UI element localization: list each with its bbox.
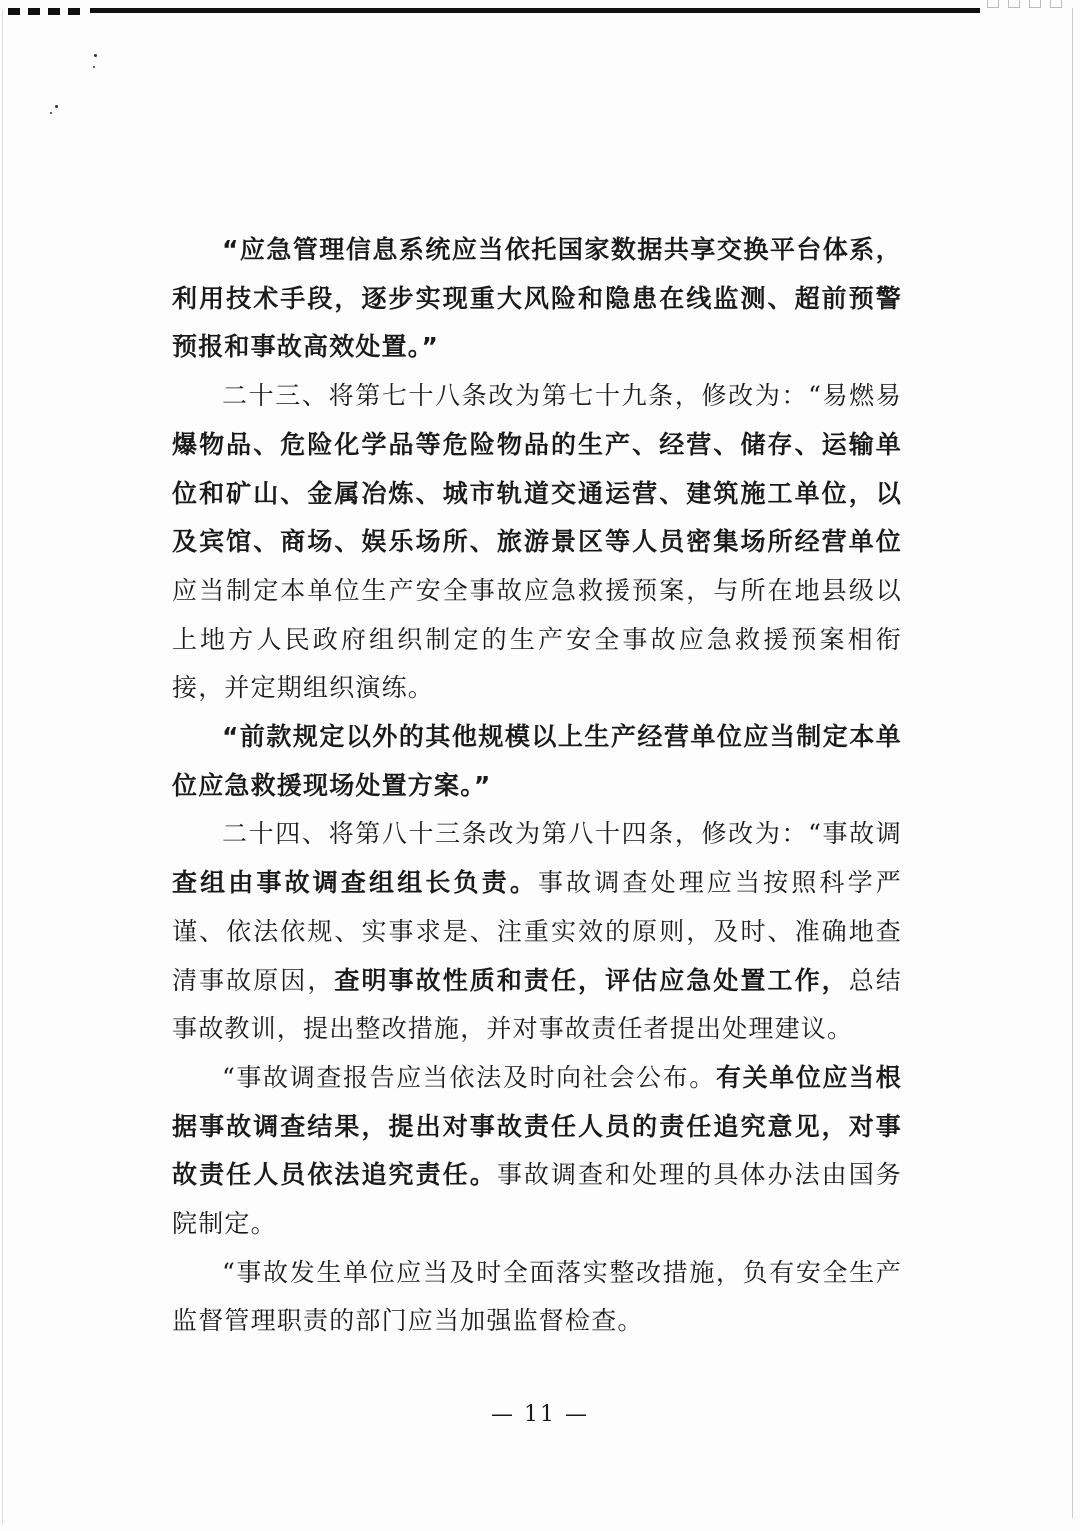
paragraph-2-seg-1: 二十三、将第七十八条改为第七十九条，修改为：“易燃易	[222, 381, 902, 410]
paragraph-4-seg-2: 查组由事故调查组组长负责。	[172, 868, 538, 897]
paragraph-2-seg-2: 爆物品、危险化学品等危险物品的生产、经营、储存、运输单位和矿山、金属冶炼、城市轨…	[172, 430, 902, 556]
paragraph-4-seg-4: 查明事故性质和责任，评估应急处置工作，	[334, 966, 848, 995]
paragraph-4-seg-1: 二十四、将第八十三条改为第八十四条，修改为：“事故调	[222, 819, 902, 848]
paragraph-3: “前款规定以外的其他规模以上生产经营单位应当制定本单位应急救援现场处置方案。”	[172, 713, 902, 810]
scan-binding-marks	[8, 8, 80, 15]
page-edge-right	[1072, 8, 1073, 1518]
scan-corner-marks	[987, 0, 1062, 8]
scan-top-border	[90, 8, 980, 13]
paragraph-5-seg-1: “事故调查报告应当依法及时向社会公布。	[222, 1063, 716, 1092]
paragraph-2-seg-3: 应当制定本单位生产安全事故应急救援预案，与所在地县级以上地方人民政府组织制定的生…	[172, 576, 902, 702]
paragraph-2: 二十三、将第七十八条改为第七十九条，修改为：“易燃易爆物品、危险化学品等危险物品…	[172, 372, 902, 713]
scan-speck	[94, 54, 97, 57]
page-edge-left	[2, 10, 3, 1525]
paragraph-1: “应急管理信息系统应当依托国家数据共享交换平台体系，利用技术手段，逐步实现重大风…	[172, 226, 902, 372]
page-number: — 11 —	[0, 1402, 1080, 1427]
scan-speck	[55, 105, 58, 108]
paragraph-5: “事故调查报告应当依法及时向社会公布。有关单位应当根据事故调查结果，提出对事故责…	[172, 1054, 902, 1249]
scan-speck	[93, 66, 95, 68]
document-body: “应急管理信息系统应当依托国家数据共享交换平台体系，利用技术手段，逐步实现重大风…	[172, 226, 902, 1346]
paragraph-4: 二十四、将第八十三条改为第八十四条，修改为：“事故调查组由事故调查组组长负责。事…	[172, 810, 902, 1054]
document-page: “应急管理信息系统应当依托国家数据共享交换平台体系，利用技术手段，逐步实现重大风…	[0, 0, 1080, 1531]
paragraph-6: “事故发生单位应当及时全面落实整改措施，负有安全生产监督管理职责的部门应当加强监…	[172, 1249, 902, 1346]
scan-speck	[50, 112, 52, 114]
